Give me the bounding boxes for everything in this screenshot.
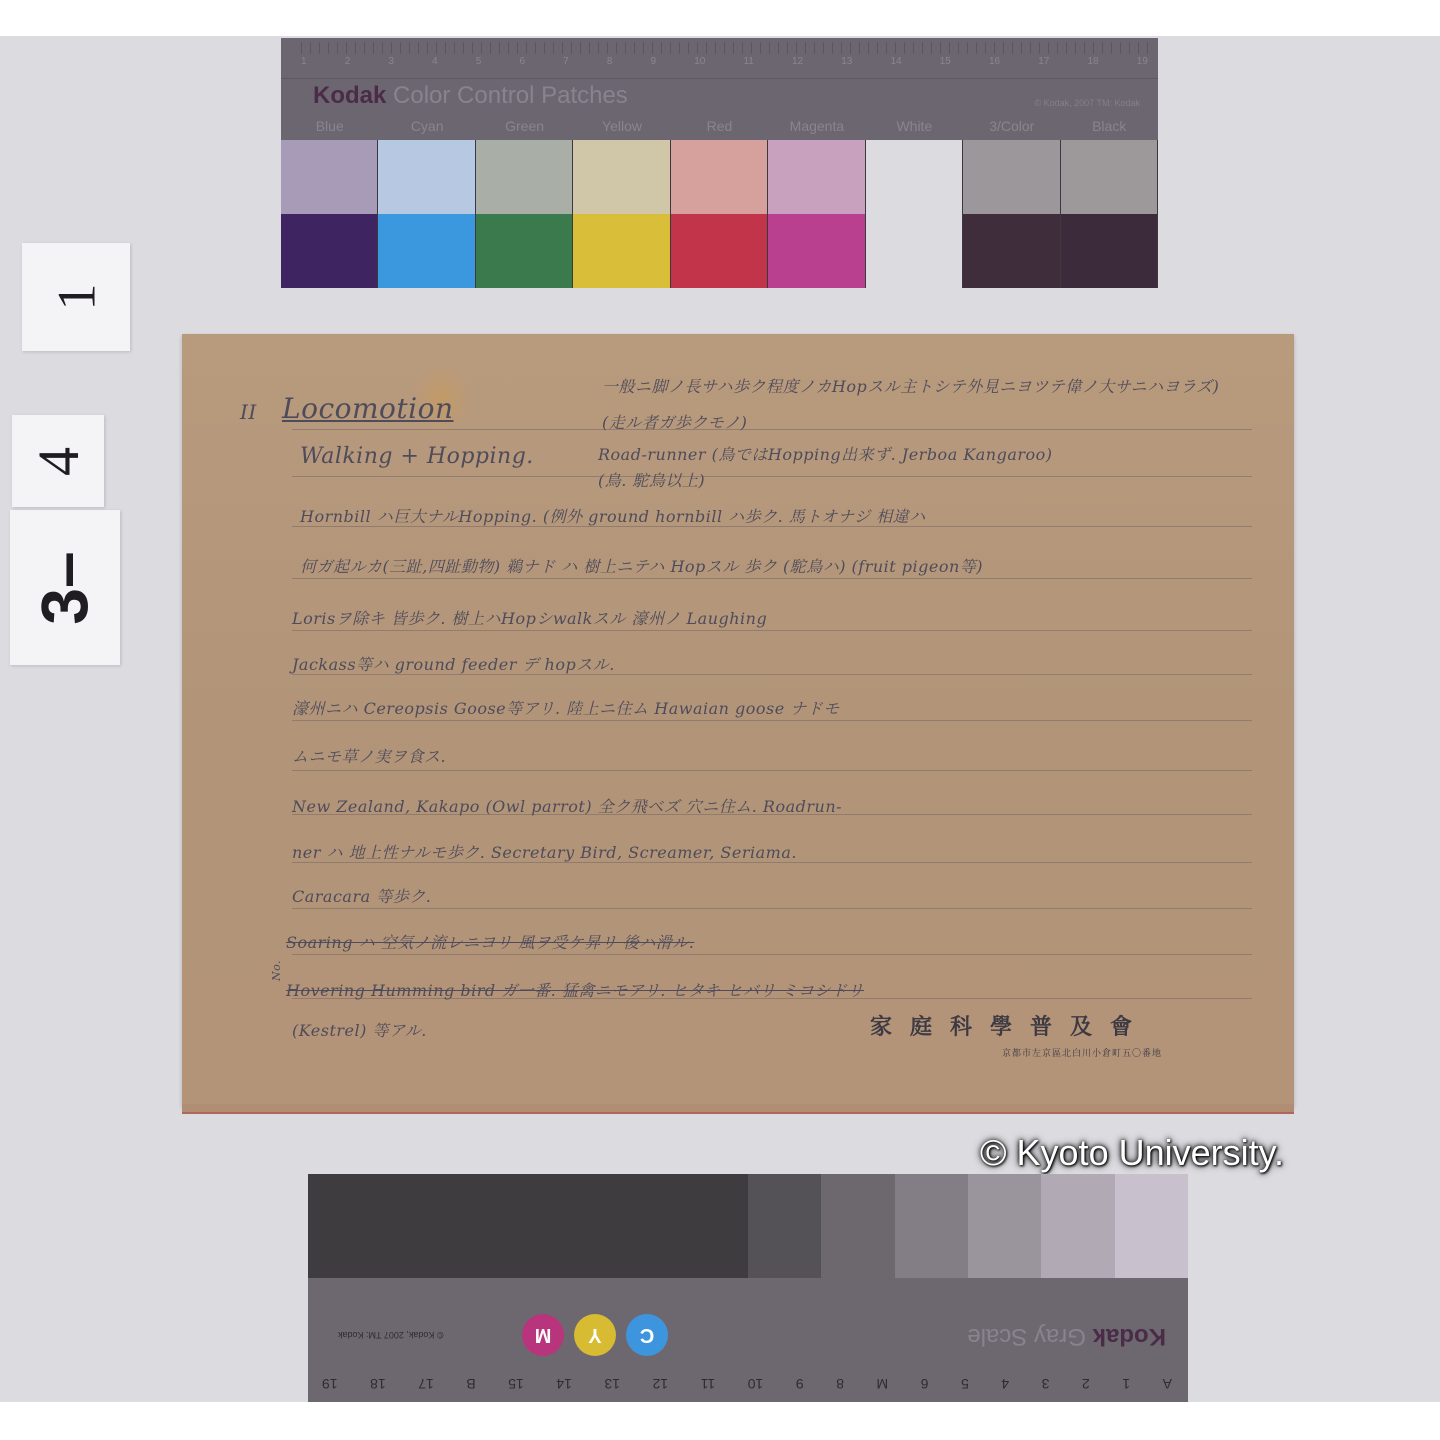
copyright-watermark: © Kyoto University. [980,1132,1284,1174]
gray-steps [308,1174,1188,1278]
gray-step [675,1174,748,1278]
tag-text: 1 [45,284,107,311]
ruler-numbers: 12345678910111213141516171819 [301,56,1148,67]
gray-scale-label: 5 [961,1376,969,1392]
publisher-address: 京都市左京區北白川小倉町五〇番地 [1002,1046,1162,1059]
color-patch [768,140,865,288]
patch-label: Blue [281,118,378,134]
ruler-number: 1 [301,56,307,67]
ruler-number: 19 [1137,56,1148,67]
text-line: ムニモ草ノ実ヲ食ス. [292,744,446,767]
ruled-line [292,770,1252,771]
patch-label: Red [671,118,768,134]
color-patch [671,140,768,288]
gray-scale-label: M [876,1376,888,1392]
ruler: 12345678910111213141516171819 [281,38,1158,79]
gray-step [381,1174,454,1278]
patch-labels: BlueCyanGreenYellowRedMagentaWhite3/Colo… [281,118,1158,134]
gray-scale-labels: A123456M89101112131415B171819 [322,1376,1172,1392]
gray-scale-label: 14 [556,1376,572,1392]
annotation-line: Road-runner (鳥ではHopping出来ず. Jerboa Kanga… [598,442,1053,465]
catalog-tag-1: 1 [22,243,130,351]
text-line: New Zealand, Kakapo (Owl parrot) 全ク飛ベズ 穴… [292,794,842,817]
ruled-line [292,954,1252,955]
tag-text: 4 [25,447,92,476]
gray-card-label-area: A123456M89101112131415B171819 Kodak Gray… [308,1278,1188,1402]
patch-label: Green [476,118,573,134]
gray-step [308,1174,381,1278]
text-line: (Kestrel) 等アル. [292,1018,427,1041]
gray-scale-label: 11 [701,1376,716,1392]
color-card-title: Kodak Color Control Patches [313,82,628,110]
gray-scale-label: 17 [418,1376,434,1392]
annotation-line: (鳥. 駝鳥以上) [598,468,705,491]
cmy-markers: CYM [522,1314,668,1356]
cmy-marker: C [626,1314,668,1356]
top-border [0,0,1440,36]
ruler-number: 12 [792,56,803,67]
color-patch [476,140,573,288]
subheading: Walking + Hopping. [300,444,534,469]
gray-scale-label: 18 [370,1376,386,1392]
ruler-number: 6 [519,56,525,67]
patch-label: 3/Color [963,118,1060,134]
gray-scale-label: 4 [1001,1376,1009,1392]
text-line: Jackass等ハ ground feeder デ hopスル. [292,652,615,675]
gray-scale-label: 6 [921,1376,929,1392]
color-patch [963,140,1060,288]
patch-label: Black [1061,118,1158,134]
patch-label: Cyan [378,118,475,134]
ruled-line [292,476,1252,477]
ruler-number: 2 [345,56,351,67]
patch-label: Yellow [573,118,670,134]
color-patch [1061,140,1158,288]
catalog-tag-2: 4 [12,415,104,507]
gray-step [821,1174,894,1278]
gray-scale-label: B [466,1376,475,1392]
text-line-struck: Hovering Humming bird ガ一番. 猛禽ニモアリ. ヒタキ ヒ… [286,978,864,1001]
cmy-marker: M [522,1314,564,1356]
ruler-number: 14 [890,56,901,67]
ruler-number: 5 [476,56,482,67]
ruler-number: 11 [743,56,753,67]
gray-scale-label: 10 [748,1376,764,1392]
color-card-note: © Kodak, 2007 TM: Kodak [1034,98,1140,108]
ruler-number: 7 [563,56,569,67]
ruled-line [292,578,1252,579]
ruler-number: 8 [607,56,613,67]
text-line: Hornbill ハ巨大ナルHopping. (例外 ground hornbi… [300,504,926,527]
patch-label: White [866,118,963,134]
gray-step [1041,1174,1114,1278]
ruled-line [292,720,1252,721]
ruled-line [292,908,1252,909]
gray-scale-label: 13 [604,1376,620,1392]
gray-step [601,1174,674,1278]
ruler-number: 17 [1038,56,1049,67]
gray-scale-label: A [1163,1376,1172,1392]
gray-step [1115,1174,1188,1278]
gray-card-title: Kodak Gray Scale [967,1322,1166,1350]
gray-step [968,1174,1041,1278]
text-line: 濠州ニハ Cereopsis Goose等アリ. 陸上ニ住ム Hawaian g… [292,696,840,719]
patch-label: Magenta [768,118,865,134]
margin-mark: No. [270,960,283,981]
ruler-number: 4 [432,56,438,67]
section-number: II [240,400,257,424]
gray-scale-label: 19 [322,1376,338,1392]
cmy-marker: Y [574,1314,616,1356]
ruler-number: 3 [388,56,394,67]
kodak-logo: Kodak [1093,1323,1166,1350]
ruler-ticks [301,42,1148,54]
annotation-line: 一般ニ脚ノ長サハ歩ク程度ノカHopスル主トシテ外見ニヨツテ偉ノ大サニハヨラズ) [602,374,1219,397]
gray-step [895,1174,968,1278]
gray-step [748,1174,821,1278]
ruler-number: 13 [841,56,852,67]
color-patches [281,140,1158,288]
gray-scale-label: 8 [836,1376,844,1392]
publisher-name: 家庭科學普及會 [870,1010,1150,1041]
color-patch [573,140,670,288]
ruler-number: 10 [694,56,705,67]
color-patch [866,140,963,288]
ruled-line [292,630,1252,631]
ruler-number: 15 [940,56,951,67]
gray-scale-label: 15 [508,1376,524,1392]
gray-step [528,1174,601,1278]
annotation-line: (走ル者ガ歩クモノ) [602,410,747,433]
gray-card-title-text: Gray Scale [967,1323,1086,1350]
gray-card-note: © Kodak, 2007 TM: Kodak [338,1330,444,1340]
gray-scale-label: 3 [1042,1376,1050,1392]
text-line: Lorisヲ除キ 皆歩ク. 樹上ハHopシwalkスル 濠州ノ Laughing [292,606,767,629]
ruler-number: 9 [651,56,657,67]
color-patch [281,140,378,288]
ruler-number: 18 [1087,56,1098,67]
text-line: Caracara 等歩ク. [292,884,431,907]
gray-scale-label: 2 [1082,1376,1090,1392]
color-control-card: 12345678910111213141516171819 Kodak Colo… [281,38,1158,288]
gray-scale-label: 12 [653,1376,669,1392]
gray-scale-card: A123456M89101112131415B171819 Kodak Gray… [308,1174,1188,1402]
text-line: ner ハ 地上性ナルモ歩ク. Secretary Bird, Screamer… [292,840,797,863]
gray-scale-label: 9 [796,1376,804,1392]
color-card-title-text: Color Control Patches [393,82,628,109]
tag-text: 3– [27,551,103,624]
color-patch [378,140,475,288]
bottom-border [0,1402,1440,1440]
catalog-tag-3: 3– [10,510,120,665]
manuscript-page: II Locomotion 一般ニ脚ノ長サハ歩ク程度ノカHopスル主トシテ外見ニ… [182,334,1294,1106]
section-heading: Locomotion [282,392,454,425]
ruler-number: 16 [989,56,1000,67]
gray-scale-label: 1 [1122,1376,1130,1392]
ruled-line [292,429,1252,430]
text-line: 何ガ起ルカ(三趾,四趾動物) 鵜ナド ハ 樹上ニテハ Hopスル 歩ク (駝鳥ハ… [300,554,983,577]
gray-step [455,1174,528,1278]
kodak-logo: Kodak [313,82,386,109]
text-line-struck: Soaring ハ 空気ノ流レニヨリ 風ヲ受ケ昇リ 後ハ滑ル. [286,930,694,953]
